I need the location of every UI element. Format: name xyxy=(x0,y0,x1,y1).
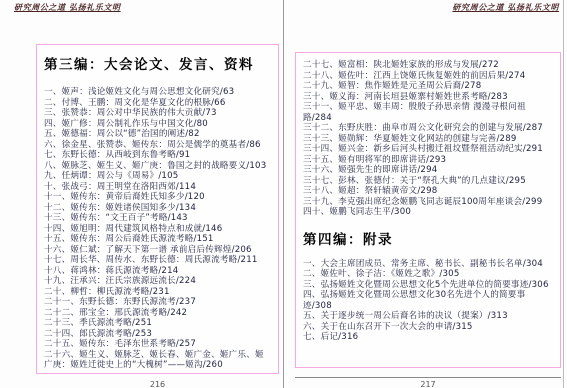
right-page-content-box: 二十七、姬富相：陕北姬姓家族的形成与发展/272二十八、姬佐叶：江西上饶姬氏恢复… xyxy=(295,52,561,368)
toc-item: 二十七、姬富相：陕北姬姓家族的形成与发展/272 xyxy=(303,60,554,71)
toc-item: 二十一、东野长德：东野氏源流考/237 xyxy=(44,297,272,308)
toc-item: 九、任炳谭：周公与《周易》/105 xyxy=(44,171,272,182)
left-toc-list: 一、姬声：浅论姬姓文化与周公思想文化研究/63二、付博、王鹏：周文化是华夏文化的… xyxy=(44,87,272,371)
toc-item: 十七、周长华、周传水、东野长德：周氏源流考略/211 xyxy=(44,255,272,266)
toc-item: 三、弘扬姬姓文化暨周公思想文化5个先进单位的简要事迹/306 xyxy=(303,280,554,291)
toc-item: 十二、姬传东：姬姓诸侯国知多少/134 xyxy=(44,203,272,214)
toc-item: 三十二、东野庆胜：曲阜市周公文化研究会的创建与发展/287 xyxy=(303,123,554,134)
toc-item: 十五、姬传东：周公后裔姓氏源流考略/151 xyxy=(44,234,272,245)
toc-item: 二、付博、王鹏：周文化是华夏文化的根脉/66 xyxy=(44,98,272,109)
toc-item: 七、后记/316 xyxy=(303,332,554,343)
toc-item: 二十、柳哲：柳氏源流考略/231 xyxy=(44,287,272,298)
toc-item: 四十、姬鹏飞同志生平/300 xyxy=(303,207,554,218)
toc-item: 三十一、姬平忠、姬丰周：殷殷子孙思亲情 漫漫寻根问祖路/284 xyxy=(303,102,554,123)
toc-item: 三十七、彭林、张德付：关于“祭孔大典”的几点建议/295 xyxy=(303,176,554,187)
toc-item: 三十八、姬超：祭轩辕黄帝文/298 xyxy=(303,186,554,197)
toc-item: 十八、蒋鸿林：蒋氏源流考略/214 xyxy=(44,266,272,277)
appendix-toc-list: 一、大会主席团成员、常务主席、秘书长、副秘书长名单/304二、姬佐叶、徐子洁：《… xyxy=(303,259,554,343)
toc-item: 三十九、李克强出席纪念姬鹏飞同志诞辰100周年座谈会/299 xyxy=(303,197,554,208)
toc-item: 三十六、姬强先生的即席讲话/294 xyxy=(303,165,554,176)
toc-item: 四、弘扬姬姓文化暨周公思想文化30名先进个人的简要事迹/308 xyxy=(303,290,554,311)
book-spread: 研究周公之道 弘扬礼乐文明 研究周公之道 弘扬礼乐文明 第三编：大会论文、发言、… xyxy=(0,0,567,388)
toc-item: 三十、姬义海：河南长垣县姬寨村姬姓世系考略/283 xyxy=(303,92,554,103)
toc-item: 十、张战弓：周王明堂在洛阳西郊/114 xyxy=(44,182,272,193)
toc-item: 二、姬佐叶、徐子洁：《姬姓之歌》/305 xyxy=(303,269,554,280)
toc-item: 六、关于在山东召开下一次大会的申请/315 xyxy=(303,322,554,333)
toc-item: 十三、姬传东：“文王百子”考略/143 xyxy=(44,213,272,224)
running-header-left: 研究周公之道 弘扬礼乐文明 xyxy=(14,2,121,13)
toc-item: 二十二、邢宝全：邢氏源流考略/242 xyxy=(44,308,272,319)
page-divider-line xyxy=(283,0,284,388)
right-page-number: 217 xyxy=(295,380,561,388)
toc-item: 一、姬声：浅论姬姓文化与周公思想文化研究/63 xyxy=(44,87,272,98)
toc-item: 六、徐金星、张赞恭、姬传东：周公是儒学的奠基者/86 xyxy=(44,140,272,151)
running-header-right: 研究周公之道 弘扬礼乐文明 xyxy=(452,2,559,13)
toc-item: 二十三、季氏源流考略/251 xyxy=(44,318,272,329)
right-footer-rule xyxy=(295,377,561,378)
section-title-part4: 第四编：附录 xyxy=(303,228,554,248)
left-page-content-box: 第三编：大会论文、发言、资料 一、姬声：浅论姬姓文化与周公思想文化研究/63二、… xyxy=(36,44,279,374)
toc-item: 三十五、姬有明将军的即席讲话/293 xyxy=(303,155,554,166)
right-toc-list-continued: 二十七、姬富相：陕北姬姓家族的形成与发展/272二十八、姬佐叶：江西上饶姬氏恢复… xyxy=(303,60,554,218)
toc-item: 五、关于逐步统一周公后裔名讳的决议（提案）/313 xyxy=(303,311,554,322)
left-page-number: 216 xyxy=(36,380,279,388)
toc-item: 五、姬德福：周公以“德”治国的阐述/82 xyxy=(44,129,272,140)
toc-item: 二十五、姬传东：毛泽东世系考略/257 xyxy=(44,339,272,350)
toc-item: 八、姬脉芝、姬生义、姬广庚：鲁国之封的战略要义/103 xyxy=(44,161,272,172)
toc-item: 一、大会主席团成员、常务主席、秘书长、副秘书长名单/304 xyxy=(303,259,554,270)
scan-edge-line xyxy=(563,0,564,388)
toc-item: 二十六、姬生义、姬脉芝、姬长春、姬广金、姬广乐、姬广庚：姬姓迁徙史上的“大槐树”… xyxy=(44,350,272,371)
toc-item: 二十四、郎氏源流考略/253 xyxy=(44,329,272,340)
toc-item: 十四、姬旭明：周代建筑风格特点和成就/146 xyxy=(44,224,272,235)
toc-item: 二十八、姬佐叶：江西上饶姬氏恢复姬姓的前因后果/274 xyxy=(303,71,554,82)
toc-item: 十六、姬仁斌：了解天下第一谱 承前启后传辉煌/206 xyxy=(44,245,272,256)
toc-item: 三十三、姬勋辉：华夏姬姓文化网站的创建与完善/289 xyxy=(303,134,554,145)
toc-item: 三、张赞恭：周公对中华民族的伟大贡献/73 xyxy=(44,108,272,119)
section-title-part3: 第三编：大会论文、发言、资料 xyxy=(44,53,272,73)
toc-item: 十九、汪承兴：汪氏宗族源远流长/224 xyxy=(44,276,272,287)
toc-item: 十一、姬传东：黄帝后裔姓氏知多少/120 xyxy=(44,192,272,203)
toc-item: 四、姬广修：周公制礼作乐与中国文化/80 xyxy=(44,119,272,130)
toc-item: 二十九、姬智：焦作姬姓是元圣周公后裔/278 xyxy=(303,81,554,92)
toc-item: 三十四、姬兴金：新乡后河头村搬迁祖坟暨祭祖活动纪实/291 xyxy=(303,144,554,155)
toc-item: 七、东野长德：从西岐到东鲁考略/91 xyxy=(44,150,272,161)
